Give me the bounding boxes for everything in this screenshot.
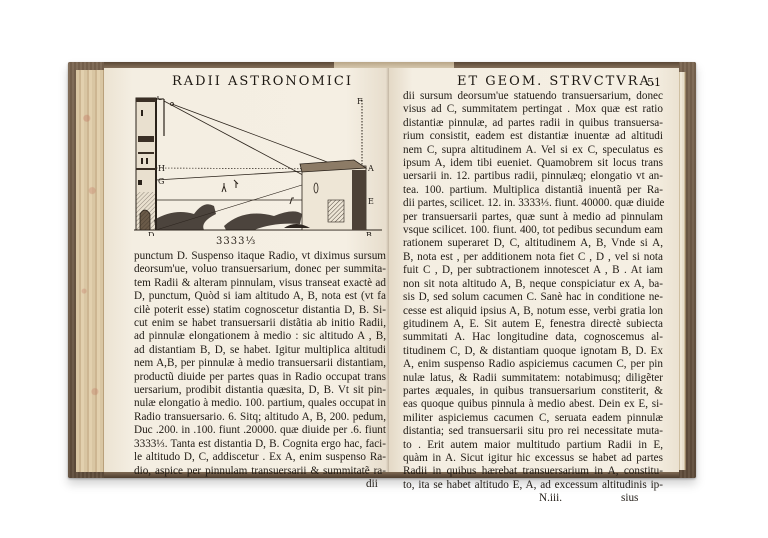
text-line: nulæ latus, & Radii summitatem: notabimu… <box>403 372 663 385</box>
text-line: Duc .200. in .100. fiunt .20000. quæ diu… <box>134 424 386 437</box>
label-F: F <box>357 97 363 106</box>
text-line: productũ diuide per partes quas in Radio… <box>134 371 386 384</box>
right-catchword: sius <box>621 492 638 504</box>
text-line: titudinem C, D, & distantiam quoque igno… <box>403 345 663 358</box>
text-line: eas quoque quibus pinnula à medio abest.… <box>403 398 663 411</box>
text-line: summitati A. Hac longitudine data, cogno… <box>403 331 663 344</box>
text-line: nulæ elongatio à medio. 100. partium, qu… <box>134 397 386 410</box>
text-line: gitudinem A, E. Sit autem E, fenestra di… <box>403 318 663 331</box>
text-line: deorsum'ue, voluo transuersarium, donec … <box>134 263 386 276</box>
text-line: Radii in quibus hærebat transuersarium i… <box>403 465 663 478</box>
text-line: sis D, sed solum cacumen C. Sanè hac in … <box>403 291 663 304</box>
text-line: dio, aspice per pinnulam transuersarii &… <box>134 465 386 478</box>
text-line: Radio transuersario. 6. Sitq; altitudo A… <box>134 411 386 424</box>
label-A: A <box>367 164 374 173</box>
left-page: RADII ASTRONOMICI <box>104 68 389 472</box>
text-line: tea. 100. partium. Multiplica distantiã … <box>403 184 663 197</box>
signature-mark: N.iii. <box>539 492 562 504</box>
label-B: B <box>366 231 372 236</box>
text-line: tem Radii & alteram pinnulam, visus tran… <box>134 277 386 290</box>
text-line: non sit nota altitudo A, B, neque conspi… <box>403 278 663 291</box>
text-line: A, enim suspenso Radio aspiciemus cacume… <box>403 358 663 371</box>
right-page: ET GEOM. STRVCTVRA. 51 dii sursum deorsu… <box>389 68 679 472</box>
text-line: visus ad C, summitatem pertingat . Mox q… <box>403 103 663 116</box>
text-line: ad distantiam B, D, se habet. Igitur mul… <box>134 344 386 357</box>
label-H: H <box>158 164 165 173</box>
woodcut-illustration: C F H G A E D B <box>134 96 384 236</box>
text-line: 3333⅓. Tanta est distantia D, B. Cognita… <box>134 438 386 451</box>
text-line: le altitudo D, C, addiscetur . Ex A, eni… <box>134 451 386 464</box>
text-line: uersarium, prodibit distantia quæsita, D… <box>134 384 386 397</box>
tower-icon <box>136 98 156 230</box>
text-line: cut enim se habet transuersarii distãtia… <box>134 317 386 330</box>
label-E: E <box>368 197 374 206</box>
label-G: G <box>158 177 164 186</box>
text-line: dii sursum deorsum'ue statuendo transuer… <box>403 90 663 103</box>
text-line: cilè poterit esse) statim cognoscetur di… <box>134 304 386 317</box>
text-line: to . Erit autem maior multitudo partium … <box>403 439 663 452</box>
text-line: nem C, supra altitudinem A. Vel si ex C,… <box>403 144 663 157</box>
text-line: to, ita se habet altitudo E, A, ad exces… <box>403 479 663 492</box>
text-line: D, punctum, Quòd si iam altitudo A, B, n… <box>134 290 386 303</box>
text-line: per transuersarii partes, quæ sunt à med… <box>403 211 663 224</box>
text-line: cesse est aliquid ipsius A, B, notum ess… <box>403 305 663 318</box>
text-line: B, nota est , per additionem nota fiet C… <box>403 251 663 264</box>
text-line: militer aspiciemus cacumen C, seruata ea… <box>403 412 663 425</box>
text-line: distantiæ pinnulæ, ad partes radii in qu… <box>403 117 663 130</box>
left-catchword: dii <box>366 478 378 490</box>
text-line: dii partes, scilicet. 12. in. 3333⅓. fiu… <box>403 197 663 210</box>
text-line: nem A,B, per pinnulæ à medio transuersar… <box>134 357 386 370</box>
text-line: ipsum A, idem tibi eueniet. Quamobrem si… <box>403 157 663 170</box>
text-line: rationem superaret D, C, altitudinem A, … <box>403 237 663 250</box>
text-line: rium consistit, eadem est distantiæ inue… <box>403 130 663 143</box>
woodcut-caption: 3333⅓ <box>216 236 256 247</box>
text-line: quàm in A. Sicut igitur hic excessus se … <box>403 452 663 465</box>
text-line: distantia; sed transuersarii situ pro re… <box>403 425 663 438</box>
text-line: fuit C , D, per subtractionem innotescet… <box>403 264 663 277</box>
right-running-head: ET GEOM. STRVCTVRA. <box>457 74 657 89</box>
text-line: vsque scilicet. 100. fiunt. 400, tot ped… <box>403 224 663 237</box>
page-number: 51 <box>647 76 661 89</box>
building-icon <box>300 160 366 230</box>
right-page-text: dii sursum deorsum'ue statuendo transuer… <box>403 90 663 492</box>
text-line: ad pinnulæ elongationem à medio : sic al… <box>134 330 386 343</box>
text-line: uersarii in. 12. partibus radii, pinnulæ… <box>403 170 663 183</box>
left-page-text: punctum D. Suspenso itaque Radio, vt dix… <box>134 250 386 478</box>
text-line: punctum D. Suspenso itaque Radio, vt dix… <box>134 250 386 263</box>
label-C: C <box>157 96 163 102</box>
open-book: RADII ASTRONOMICI <box>68 62 696 478</box>
left-running-head: RADII ASTRONOMICI <box>172 74 353 89</box>
text-line: partes æquales, in quibus transuersarium… <box>403 385 663 398</box>
left-flyleaf <box>76 70 104 472</box>
label-D: D <box>148 231 154 236</box>
